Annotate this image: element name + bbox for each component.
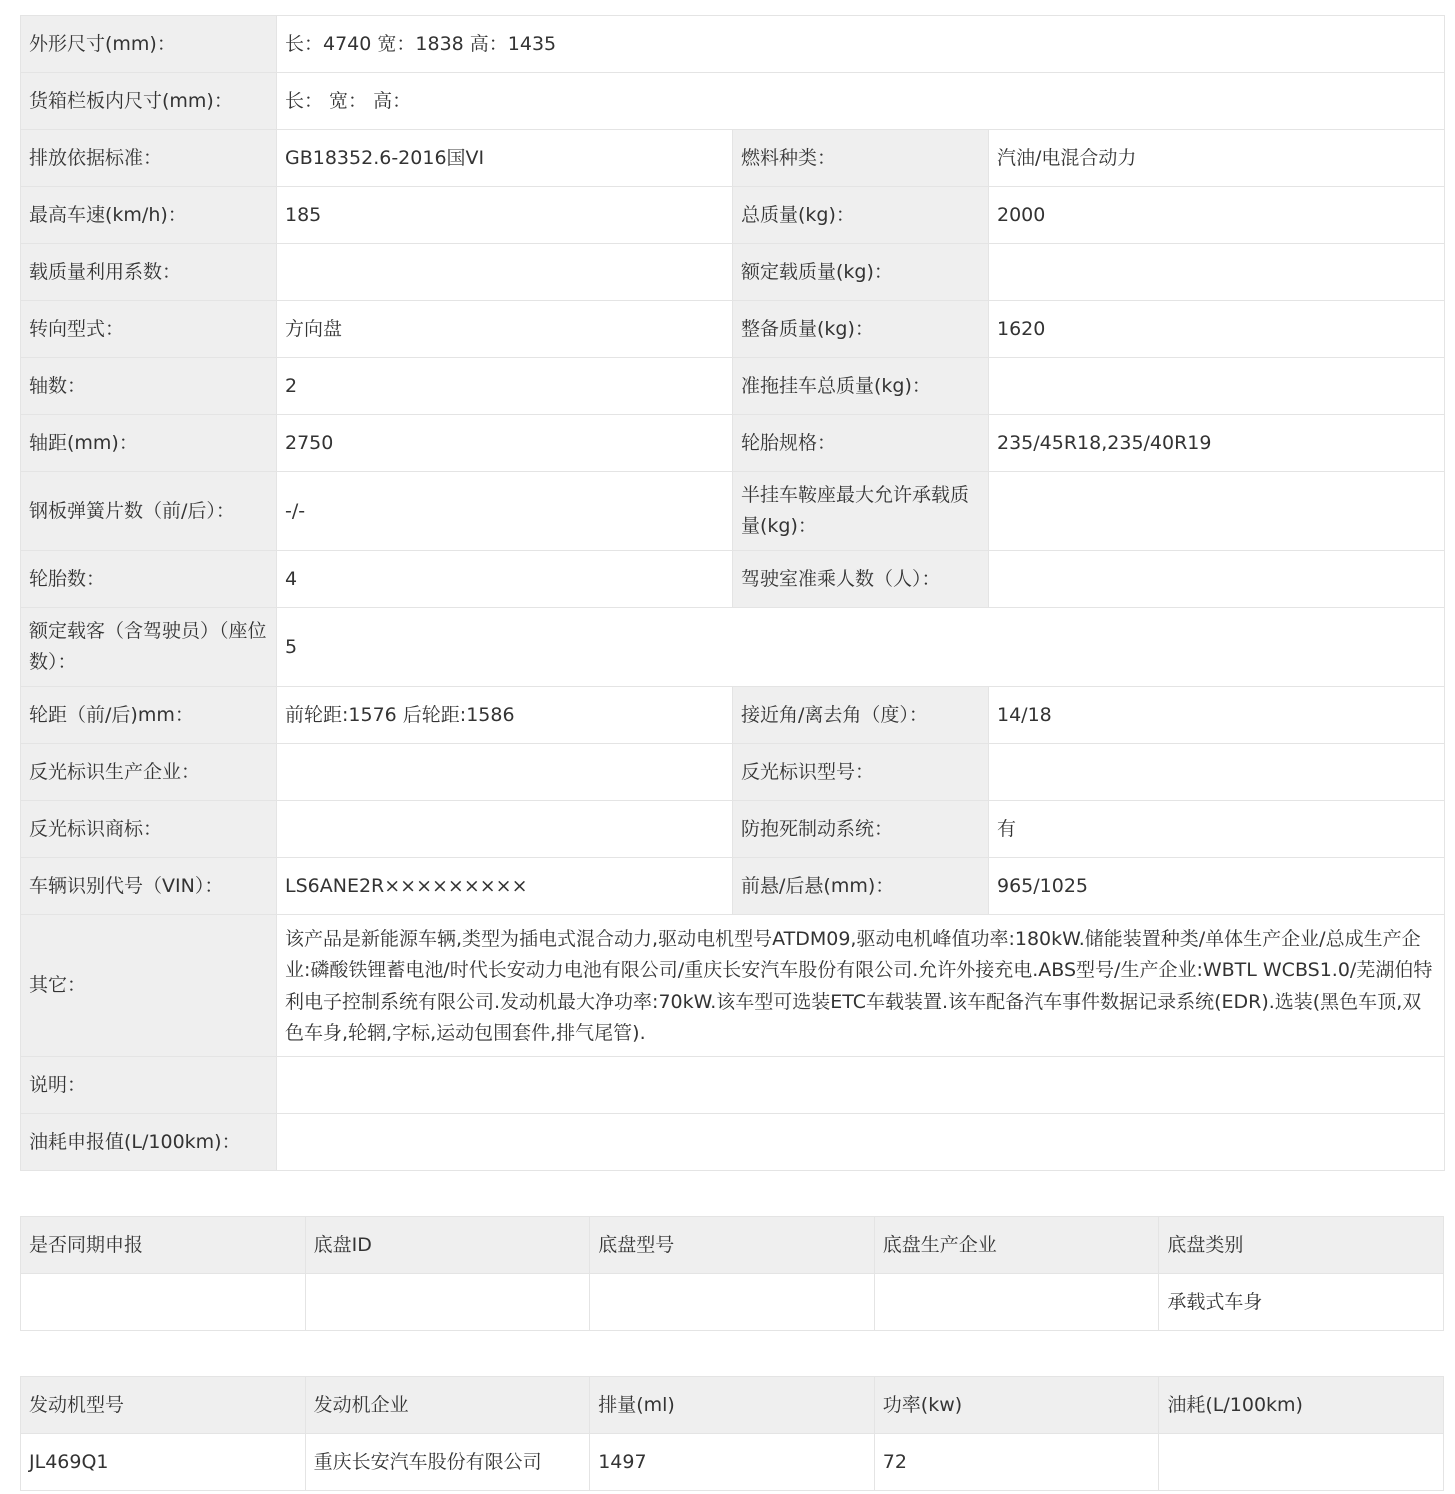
- abs-label: 防抱死制动系统：: [733, 801, 989, 858]
- track-value: 前轮距:1576 后轮距:1586: [277, 687, 733, 744]
- chassis-table: 是否同期申报 底盘ID 底盘型号 底盘生产企业 底盘类别 承载式车身: [20, 1216, 1444, 1331]
- spec-row: 载质量利用系数： 额定载质量(kg)：: [21, 244, 1445, 301]
- load-utilization-label: 载质量利用系数：: [21, 244, 277, 301]
- reflector-model-value: [989, 744, 1445, 801]
- spec-row: 转向型式： 方向盘 整备质量(kg)： 1620: [21, 301, 1445, 358]
- spec-row: 说明：: [21, 1057, 1445, 1114]
- engine-fuel-consumption-cell: [1159, 1434, 1444, 1491]
- curb-mass-value: 1620: [989, 301, 1445, 358]
- table-row: JL469Q1 重庆长安汽车股份有限公司 1497 72: [21, 1434, 1444, 1491]
- spec-row: 轴数： 2 准拖挂车总质量(kg)：: [21, 358, 1445, 415]
- other-value: 该产品是新能源车辆,类型为插电式混合动力,驱动电机型号ATDM09,驱动电机峰值…: [277, 915, 1445, 1057]
- chassis-id-cell: [305, 1274, 590, 1331]
- engine-displacement-cell: 1497: [590, 1434, 875, 1491]
- chassis-header-same-period: 是否同期申报: [21, 1217, 306, 1274]
- wheelbase-value: 2750: [277, 415, 733, 472]
- rated-load-value: [989, 244, 1445, 301]
- saddle-load-label: 半挂车鞍座最大允许承载质量(kg)：: [733, 472, 989, 551]
- steering-label: 转向型式：: [21, 301, 277, 358]
- vehicle-spec-table: 外形尺寸(mm)： 长：4740 宽：1838 高：1435 货箱栏板内尺寸(m…: [20, 15, 1445, 1171]
- notes-label: 说明：: [21, 1057, 277, 1114]
- wheelbase-label: 轴距(mm)：: [21, 415, 277, 472]
- engine-header-maker: 发动机企业: [305, 1377, 590, 1434]
- spec-row: 排放依据标准： GB18352.6-2016国VI 燃料种类： 汽油/电混合动力: [21, 130, 1445, 187]
- outer-dimensions-label: 外形尺寸(mm)：: [21, 16, 277, 73]
- approach-departure-value: 14/18: [989, 687, 1445, 744]
- overhang-label: 前悬/后悬(mm)：: [733, 858, 989, 915]
- other-label: 其它：: [21, 915, 277, 1057]
- chassis-category-cell: 承载式车身: [1159, 1274, 1444, 1331]
- total-mass-value: 2000: [989, 187, 1445, 244]
- chassis-model-cell: [590, 1274, 875, 1331]
- spec-row: 外形尺寸(mm)： 长：4740 宽：1838 高：1435: [21, 16, 1445, 73]
- curb-mass-label: 整备质量(kg)：: [733, 301, 989, 358]
- spec-row: 轮胎数： 4 驾驶室准乘人数（人）：: [21, 551, 1445, 608]
- cab-passengers-value: [989, 551, 1445, 608]
- steering-value: 方向盘: [277, 301, 733, 358]
- spec-row: 轴距(mm)： 2750 轮胎规格： 235/45R18,235/40R19: [21, 415, 1445, 472]
- load-utilization-value: [277, 244, 733, 301]
- trailer-mass-label: 准拖挂车总质量(kg)：: [733, 358, 989, 415]
- table-row: 承载式车身: [21, 1274, 1444, 1331]
- chassis-maker-cell: [874, 1274, 1159, 1331]
- fuel-type-value: 汽油/电混合动力: [989, 130, 1445, 187]
- chassis-header-category: 底盘类别: [1159, 1217, 1444, 1274]
- axles-value: 2: [277, 358, 733, 415]
- engine-table: 发动机型号 发动机企业 排量(ml) 功率(kw) 油耗(L/100km) JL…: [20, 1376, 1444, 1491]
- engine-header-displacement: 排量(ml): [590, 1377, 875, 1434]
- spec-row: 油耗申报值(L/100km)：: [21, 1114, 1445, 1171]
- fuel-type-label: 燃料种类：: [733, 130, 989, 187]
- fuel-consumption-value: [277, 1114, 1445, 1171]
- engine-header-model: 发动机型号: [21, 1377, 306, 1434]
- cargo-box-dimensions-value: 长： 宽： 高：: [277, 73, 1445, 130]
- spec-row: 钢板弹簧片数（前/后）： -/- 半挂车鞍座最大允许承载质量(kg)：: [21, 472, 1445, 551]
- emission-standard-value: GB18352.6-2016国VI: [277, 130, 733, 187]
- tire-count-label: 轮胎数：: [21, 551, 277, 608]
- reflector-brand-label: 反光标识商标：: [21, 801, 277, 858]
- leaf-springs-label: 钢板弹簧片数（前/后）：: [21, 472, 277, 551]
- spec-row: 轮距（前/后)mm： 前轮距:1576 后轮距:1586 接近角/离去角（度）：…: [21, 687, 1445, 744]
- spec-row: 反光标识商标： 防抱死制动系统： 有: [21, 801, 1445, 858]
- engine-header-power: 功率(kw): [874, 1377, 1159, 1434]
- engine-maker-cell: 重庆长安汽车股份有限公司: [305, 1434, 590, 1491]
- saddle-load-value: [989, 472, 1445, 551]
- cab-passengers-label: 驾驶室准乘人数（人）：: [733, 551, 989, 608]
- trailer-mass-value: [989, 358, 1445, 415]
- max-speed-label: 最高车速(km/h)：: [21, 187, 277, 244]
- approach-departure-label: 接近角/离去角（度）：: [733, 687, 989, 744]
- emission-standard-label: 排放依据标准：: [21, 130, 277, 187]
- chassis-same-period-cell: [21, 1274, 306, 1331]
- rated-passengers-label: 额定载客（含驾驶员）（座位数）：: [21, 608, 277, 687]
- max-speed-value: 185: [277, 187, 733, 244]
- cargo-box-dimensions-label: 货箱栏板内尺寸(mm)：: [21, 73, 277, 130]
- tire-count-value: 4: [277, 551, 733, 608]
- chassis-header-model: 底盘型号: [590, 1217, 875, 1274]
- leaf-springs-value: -/-: [277, 472, 733, 551]
- notes-value: [277, 1057, 1445, 1114]
- rated-load-label: 额定载质量(kg)：: [733, 244, 989, 301]
- vin-label: 车辆识别代号（VIN）：: [21, 858, 277, 915]
- rated-passengers-value: 5: [277, 608, 1445, 687]
- vin-value: LS6ANE2R×××××××××: [277, 858, 733, 915]
- engine-header-row: 发动机型号 发动机企业 排量(ml) 功率(kw) 油耗(L/100km): [21, 1377, 1444, 1434]
- reflector-maker-label: 反光标识生产企业：: [21, 744, 277, 801]
- reflector-model-label: 反光标识型号：: [733, 744, 989, 801]
- spec-row: 最高车速(km/h)： 185 总质量(kg)： 2000: [21, 187, 1445, 244]
- reflector-maker-value: [277, 744, 733, 801]
- chassis-header-maker: 底盘生产企业: [874, 1217, 1159, 1274]
- reflector-brand-value: [277, 801, 733, 858]
- total-mass-label: 总质量(kg)：: [733, 187, 989, 244]
- tire-spec-value: 235/45R18,235/40R19: [989, 415, 1445, 472]
- engine-power-cell: 72: [874, 1434, 1159, 1491]
- abs-value: 有: [989, 801, 1445, 858]
- spec-row: 反光标识生产企业： 反光标识型号：: [21, 744, 1445, 801]
- overhang-value: 965/1025: [989, 858, 1445, 915]
- engine-header-fuel-consumption: 油耗(L/100km): [1159, 1377, 1444, 1434]
- spec-row: 额定载客（含驾驶员）（座位数）： 5: [21, 608, 1445, 687]
- spec-row: 车辆识别代号（VIN）： LS6ANE2R××××××××× 前悬/后悬(mm)…: [21, 858, 1445, 915]
- chassis-header-id: 底盘ID: [305, 1217, 590, 1274]
- fuel-consumption-label: 油耗申报值(L/100km)：: [21, 1114, 277, 1171]
- axles-label: 轴数：: [21, 358, 277, 415]
- outer-dimensions-value: 长：4740 宽：1838 高：1435: [277, 16, 1445, 73]
- spec-row: 其它： 该产品是新能源车辆,类型为插电式混合动力,驱动电机型号ATDM09,驱动…: [21, 915, 1445, 1057]
- tire-spec-label: 轮胎规格：: [733, 415, 989, 472]
- spec-row: 货箱栏板内尺寸(mm)： 长： 宽： 高：: [21, 73, 1445, 130]
- track-label: 轮距（前/后)mm：: [21, 687, 277, 744]
- chassis-header-row: 是否同期申报 底盘ID 底盘型号 底盘生产企业 底盘类别: [21, 1217, 1444, 1274]
- engine-model-cell: JL469Q1: [21, 1434, 306, 1491]
